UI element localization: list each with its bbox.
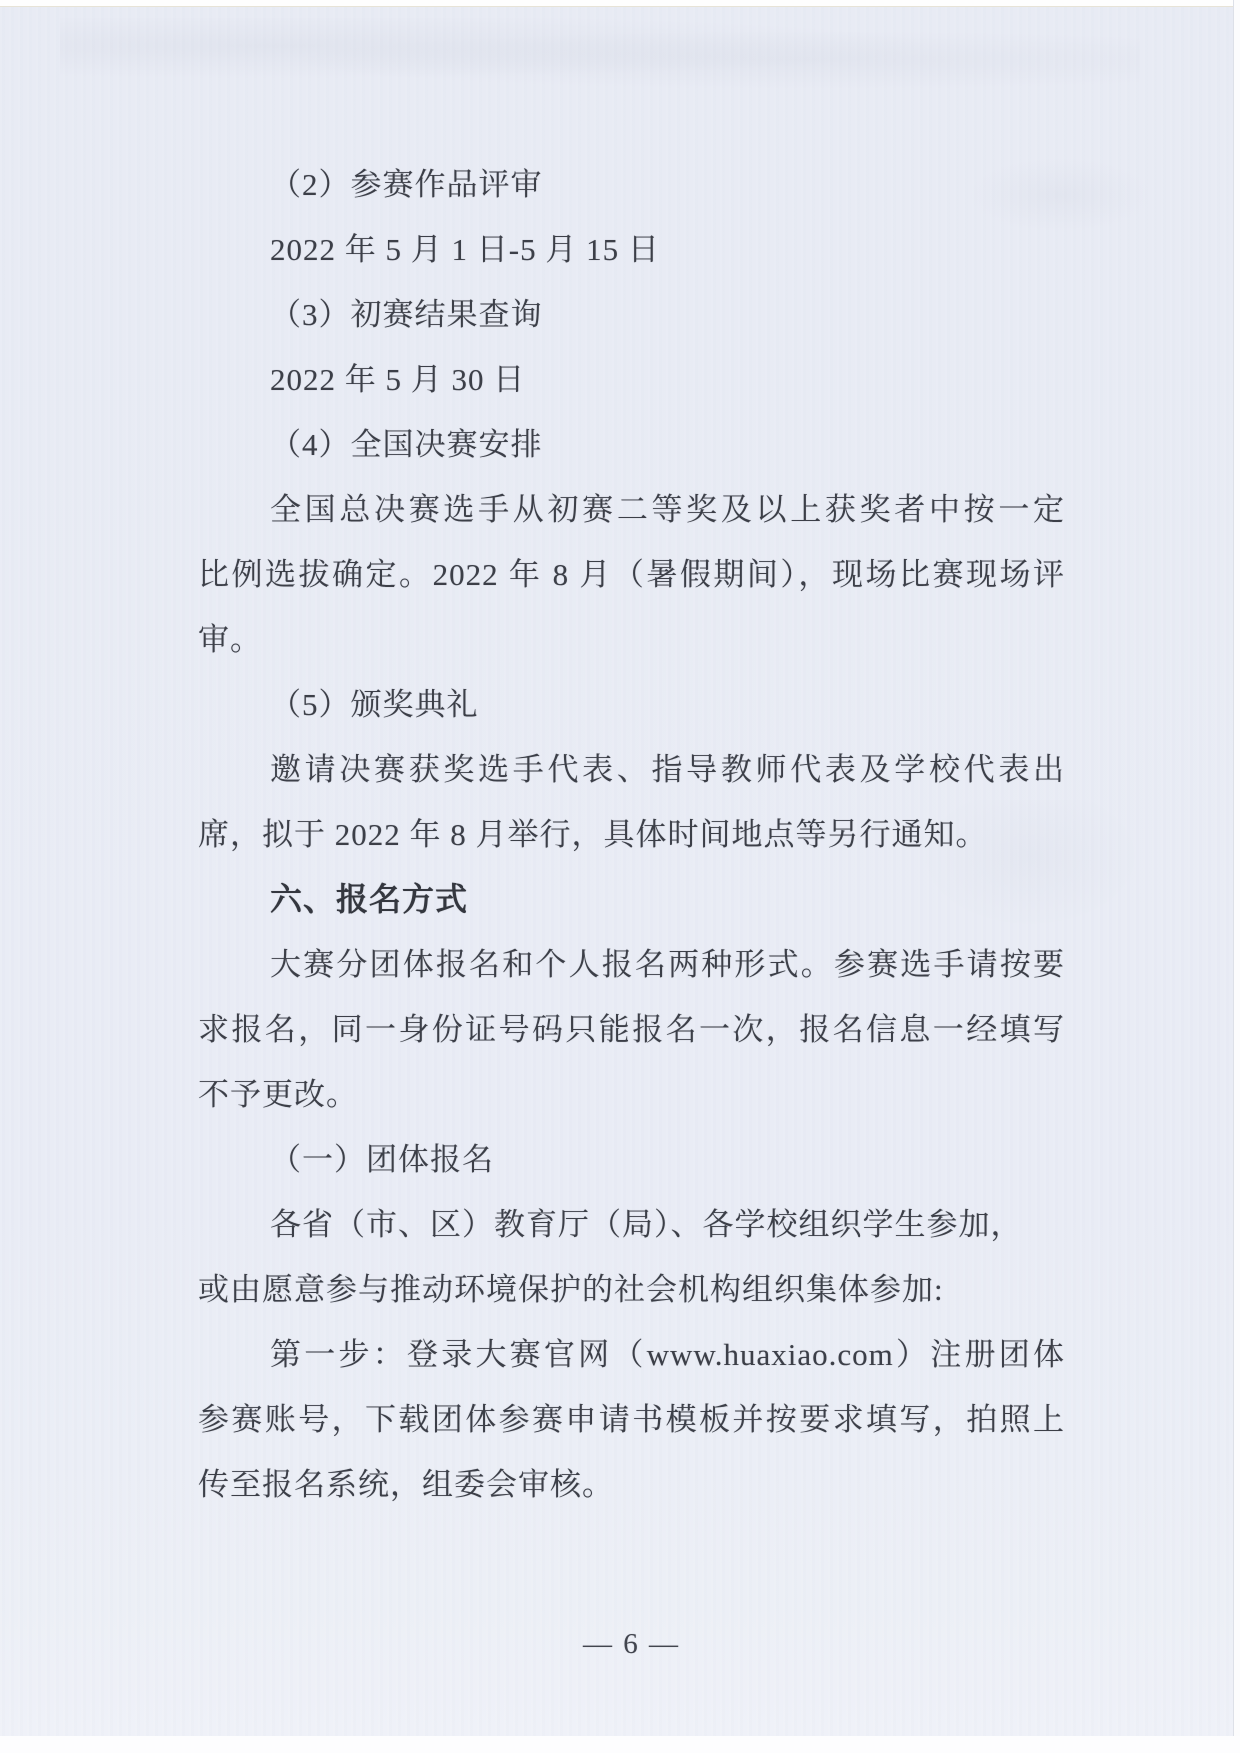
doc-line-paragraph: 或由愿意参与推动环境保护的社会机构组织集体参加: xyxy=(198,1257,1065,1322)
doc-line-paragraph: 求报名，同一身份证号码只能报名一次，报名信息一经填写 xyxy=(198,997,1065,1062)
doc-line-paragraph: 各省（市、区）教育厅（局）、各学校组织学生参加， xyxy=(198,1192,1065,1257)
doc-line-paragraph: 席，拟于 2022 年 8 月举行，具体时间地点等另行通知。 xyxy=(198,802,1065,867)
doc-line-paragraph: 不予更改。 xyxy=(198,1062,1065,1127)
doc-line-item-2-date: 2022 年 5 月 1 日-5 月 15 日 xyxy=(198,217,1065,282)
scan-edge-top xyxy=(0,0,1240,7)
doc-line-paragraph: 大赛分团体报名和个人报名两种形式。参赛选手请按要 xyxy=(198,932,1065,997)
doc-line-paragraph: 审。 xyxy=(198,607,1065,672)
document-body: （2）参赛作品评审 2022 年 5 月 1 日-5 月 15 日 （3）初赛结… xyxy=(198,152,1065,1517)
section-heading-registration: 六、报名方式 xyxy=(198,867,1065,932)
scan-edge-right xyxy=(1233,0,1240,1753)
doc-line-item-4-title: （4）全国决赛安排 xyxy=(198,412,1065,477)
doc-line-item-2-title: （2）参赛作品评审 xyxy=(198,152,1065,217)
doc-line-item-3-date: 2022 年 5 月 30 日 xyxy=(198,347,1065,412)
doc-line-paragraph: 传至报名系统，组委会审核。 xyxy=(198,1452,1065,1517)
doc-line-item-3-title: （3）初赛结果查询 xyxy=(198,282,1065,347)
doc-line-subsection-1: （一）团体报名 xyxy=(198,1127,1065,1192)
doc-line-paragraph: 邀请决赛获奖选手代表、指导教师代表及学校代表出 xyxy=(198,737,1065,802)
page-number: — 6 — xyxy=(198,1612,1065,1677)
doc-line-paragraph: 比例选拔确定。2022 年 8 月（暑假期间），现场比赛现场评 xyxy=(198,542,1065,607)
doc-line-paragraph: 全国总决赛选手从初赛二等奖及以上获奖者中按一定 xyxy=(198,477,1065,542)
doc-line-paragraph: 参赛账号，下载团体参赛申请书模板并按要求填写，拍照上 xyxy=(198,1387,1065,1452)
doc-line-item-5-title: （5）颁奖典礼 xyxy=(198,672,1065,737)
scan-edge-bottom xyxy=(0,1736,1240,1753)
scanned-document-page: { "colors": { "paper": "#e9ecf5", "ink":… xyxy=(0,0,1240,1753)
doc-line-step-1: 第一步：登录大赛官网（www.huaxiao.com）注册团体 xyxy=(198,1322,1065,1387)
